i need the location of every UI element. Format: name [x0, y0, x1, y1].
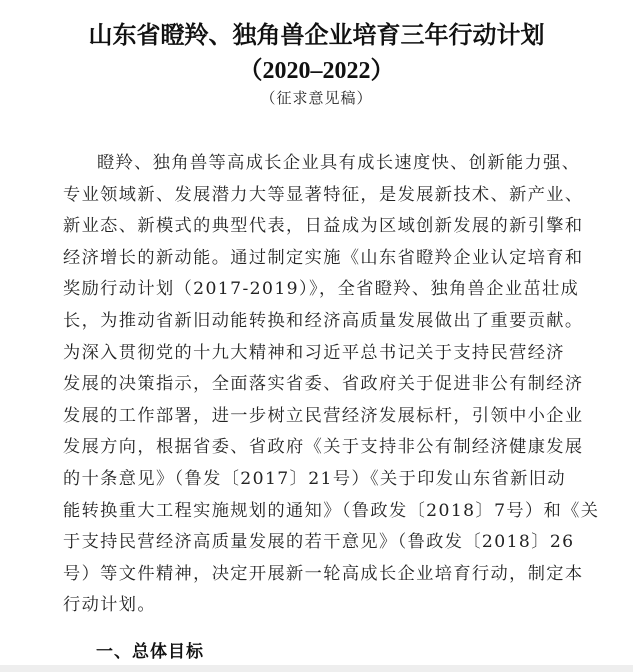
body-line: 能转换重大工程实施规划的通知》（鲁政发〔2018〕7号）和《关	[63, 496, 563, 528]
body-line: 于支持民营经济高质量发展的若干意见》（鲁政发〔2018〕26	[63, 527, 563, 559]
body-line: 瞪羚、独角兽等高成长企业具有成长速度快、创新能力强、	[63, 148, 563, 180]
document-page: 山东省瞪羚、独角兽企业培育三年行动计划 （2020–2022） （征求意见稿） …	[0, 0, 633, 665]
body-line: 号）等文件精神，决定开展新一轮高成长企业培育行动，制定本	[63, 559, 563, 591]
body-line: 长，为推动省新旧动能转换和经济高质量发展做出了重要贡献。	[63, 306, 563, 338]
body-line: 发展的决策指示，全面落实省委、省政府关于促进非公有制经济	[63, 369, 563, 401]
document-title: 山东省瞪羚、独角兽企业培育三年行动计划	[0, 18, 633, 52]
section-heading: 一、总体目标	[96, 640, 204, 664]
body-line: 发展方向，根据省委、省政府《关于支持非公有制经济健康发展	[63, 432, 563, 464]
document-body: 瞪羚、独角兽等高成长企业具有成长速度快、创新能力强、 专业领域新、发展潜力大等显…	[63, 148, 563, 622]
document-year-range: （2020–2022）	[0, 54, 633, 88]
body-line: 发展的工作部署，进一步树立民营经济发展标杆，引领中小企业	[63, 401, 563, 433]
body-line: 新业态、新模式的典型代表，日益成为区域创新发展的新引擎和	[63, 211, 563, 243]
body-line: 经济增长的新动能。通过制定实施《山东省瞪羚企业认定培育和	[63, 243, 563, 275]
body-line: 奖励行动计划（2017-2019）》，全省瞪羚、独角兽企业茁壮成	[63, 274, 563, 306]
body-line: 的十条意见》（鲁发〔2017〕21号）《关于印发山东省新旧动	[63, 464, 563, 496]
body-line: 专业领域新、发展潜力大等显著特征，是发展新技术、新产业、	[63, 180, 563, 212]
body-line: 为深入贯彻党的十九大精神和习近平总书记关于支持民营经济	[63, 338, 563, 370]
page-bottom-edge	[0, 665, 633, 672]
body-line: 行动计划。	[63, 590, 563, 622]
document-subtitle: （征求意见稿）	[0, 86, 633, 110]
